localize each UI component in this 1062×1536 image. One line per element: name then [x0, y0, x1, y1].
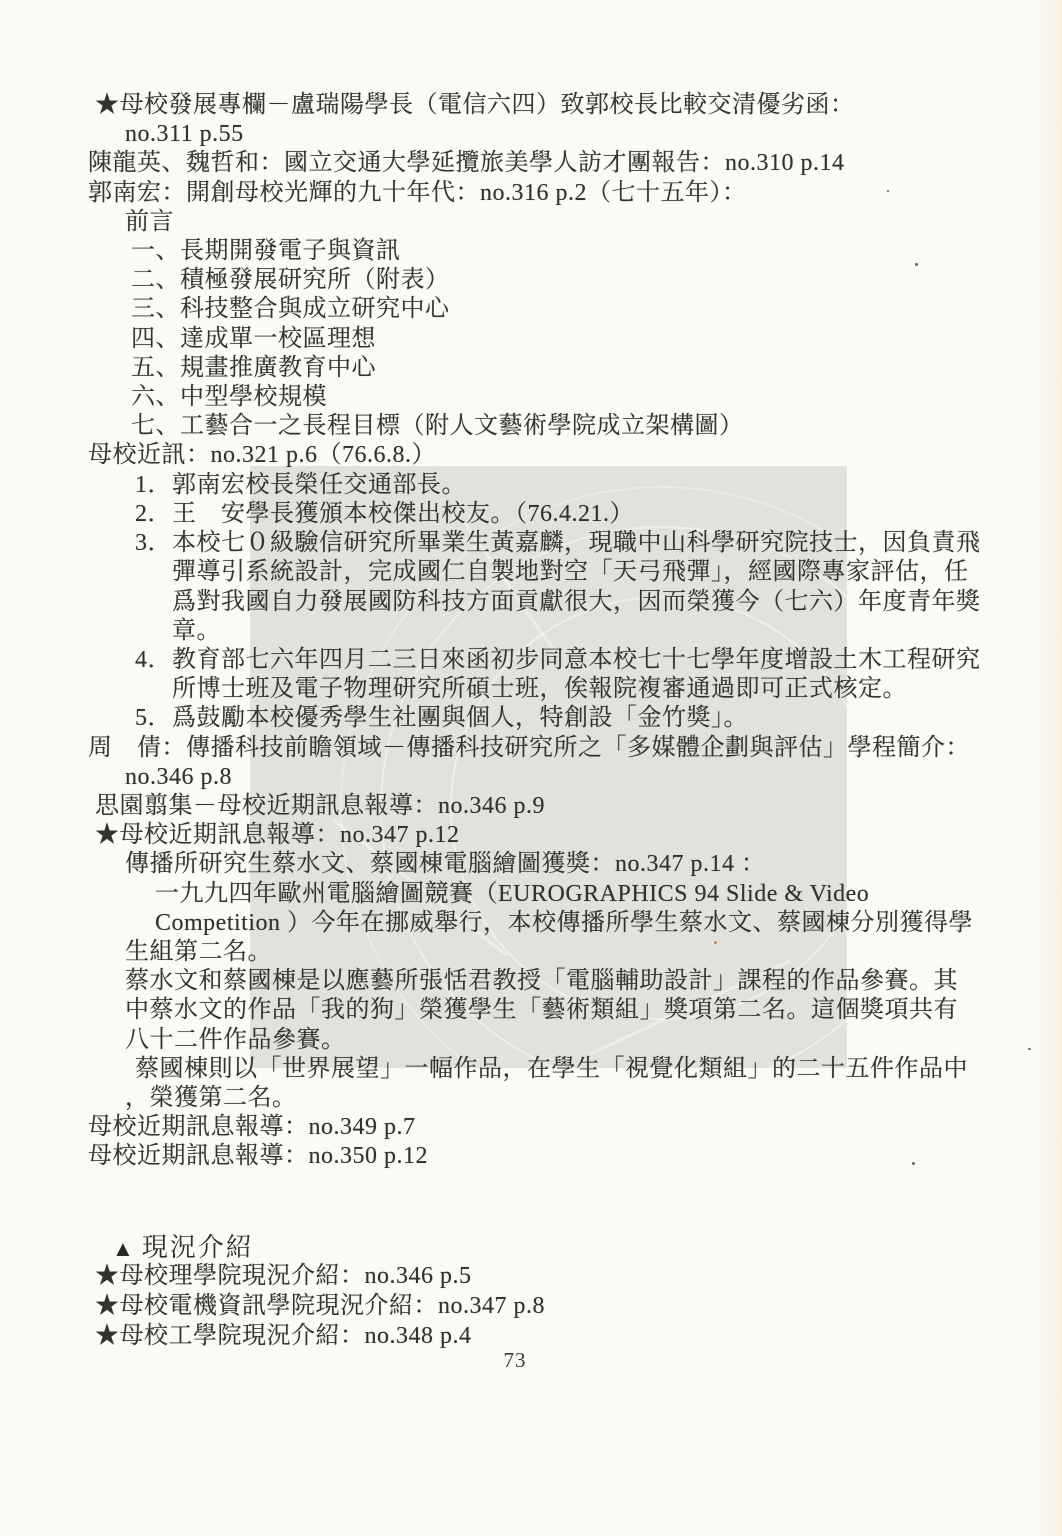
index-entry-line: 三、科技整合與成立研究中心	[131, 294, 450, 324]
index-entry-line: 傳播所研究生蔡水文、蔡國棟電腦繪圖獲獎：no.347 p.14 ：	[125, 849, 766, 879]
index-entry-line: ★母校電機資訊學院現況介紹：no.347 p.8	[95, 1291, 545, 1321]
document-page: ★母校發展專欄－盧瑞陽學長（電信六四）致郭校長比較交清優劣函： no.311 p…	[0, 0, 1062, 1536]
index-entry-line: 所博士班及電子物理研究所碩士班，俟報院複審通過即可正式核定。	[172, 674, 907, 704]
index-entry-line: 爲對我國自力發展國防科技方面貢獻很大，因而榮獲今（七六）年度青年獎	[172, 587, 981, 617]
index-entry-line: Competition ）今年在挪威舉行，本校傳播所學生蔡水文、蔡國棟分別獲得學	[155, 908, 973, 938]
index-entry-line: 前言	[125, 207, 174, 237]
index-entry-line: 一、長期開發電子與資訊	[131, 236, 401, 266]
index-entry-line: 母校近訊：no.321 p.6（76.6.8.）	[88, 440, 436, 470]
index-entry-line: 五、規畫推廣教育中心	[131, 353, 376, 383]
index-entry-line: 中蔡水文的作品「我的狗」榮獲學生「藝術類組」獎項第二名。這個獎項共有	[125, 995, 958, 1025]
index-entry-line: 5．爲鼓勵本校優秀學生社團與個人，特創設「金竹獎」。	[135, 703, 748, 733]
index-entry-line: 4．教育部七六年四月二三日來函初步同意本校七十七學年度增設土木工程研究	[135, 645, 981, 675]
page-number: 73	[0, 1348, 1030, 1373]
triangle-bullet-icon: ▲	[112, 1236, 136, 1261]
index-entry-line: 蔡水文和蔡國棟是以應藝所張恬君教授「電腦輔助設計」課程的作品參賽。其	[125, 966, 958, 996]
index-entry-line: ★母校工學院現況介紹：no.348 p.4	[95, 1321, 472, 1351]
scan-speck	[714, 941, 717, 944]
index-entry-line: no.311 p.55	[125, 119, 244, 149]
scan-speck	[912, 1162, 915, 1165]
index-entry-line: 1．郭南宏校長榮任交通部長。	[135, 470, 466, 500]
index-entry-line: 郭南宏：開創母校光輝的九十年代：no.316 p.2（七十五年）：	[88, 178, 747, 208]
index-entry-line: 2．王 安學長獲頒本校傑出校友。（76.4.21.）	[135, 499, 634, 529]
index-entry-line: 一九九四年歐州電腦繪圖競賽（EUROGRAPHICS 94 Slide & Vi…	[155, 879, 869, 909]
scan-edge-tint	[1036, 0, 1062, 1536]
index-entry-line: ★母校發展專欄－盧瑞陽學長（電信六四）致郭校長比較交清優劣函：	[95, 90, 855, 120]
index-entry-line: 周 倩：傳播科技前瞻領域－傳播科技研究所之「多媒體企劃與評估」學程簡介：	[88, 733, 970, 763]
index-entry-line: 彈導引系統設計，完成國仁自製地對空「天弓飛彈」，經國際專家評估，任	[172, 557, 969, 587]
index-entry-line: 二、積極發展研究所（附表）	[131, 265, 450, 295]
index-entry-line: 章。	[172, 616, 221, 646]
section-heading-label: 現況介紹	[142, 1233, 254, 1262]
index-entry-line: ★母校理學院現況介紹：no.346 p.5	[95, 1261, 472, 1291]
index-entry-line: 七、工藝合一之長程目標（附人文藝術學院成立架構圖）	[131, 411, 744, 441]
index-entry-line: 六、中型學校規模	[131, 382, 327, 412]
scan-speck	[887, 190, 889, 192]
index-entry-line: 生組第二名。	[125, 937, 272, 967]
index-entry-line: 八十二件作品參賽。	[125, 1025, 346, 1055]
index-entry-line: 母校近期訊息報導：no.350 p.12	[88, 1141, 428, 1171]
index-entry-line: 3．本校七０級驗信研究所畢業生黃嘉麟，現職中山科學研究院技士，因負責飛	[135, 528, 981, 558]
index-entry-line: 母校近期訊息報導：no.349 p.7	[88, 1112, 416, 1142]
index-entry-line: no.346 p.8	[125, 762, 232, 792]
index-entry-line: 陳龍英、魏哲和：國立交通大學延攬旅美學人訪才團報告：no.310 p.14	[88, 148, 845, 178]
index-entry-line: ，榮獲第二名。	[125, 1083, 297, 1113]
index-entry-line: 四、達成單一校區理想	[131, 324, 376, 354]
index-entry-line: 蔡國棟則以「世界展望」一幅作品，在學生「視覺化類組」的二十五件作品中	[135, 1054, 968, 1084]
scan-speck	[1028, 1048, 1031, 1050]
index-entry-line: 思園翦集－母校近期訊息報導：no.346 p.9	[95, 791, 545, 821]
index-entry-line: ★母校近期訊息報導：no.347 p.12	[95, 820, 460, 850]
scan-speck	[915, 263, 918, 266]
